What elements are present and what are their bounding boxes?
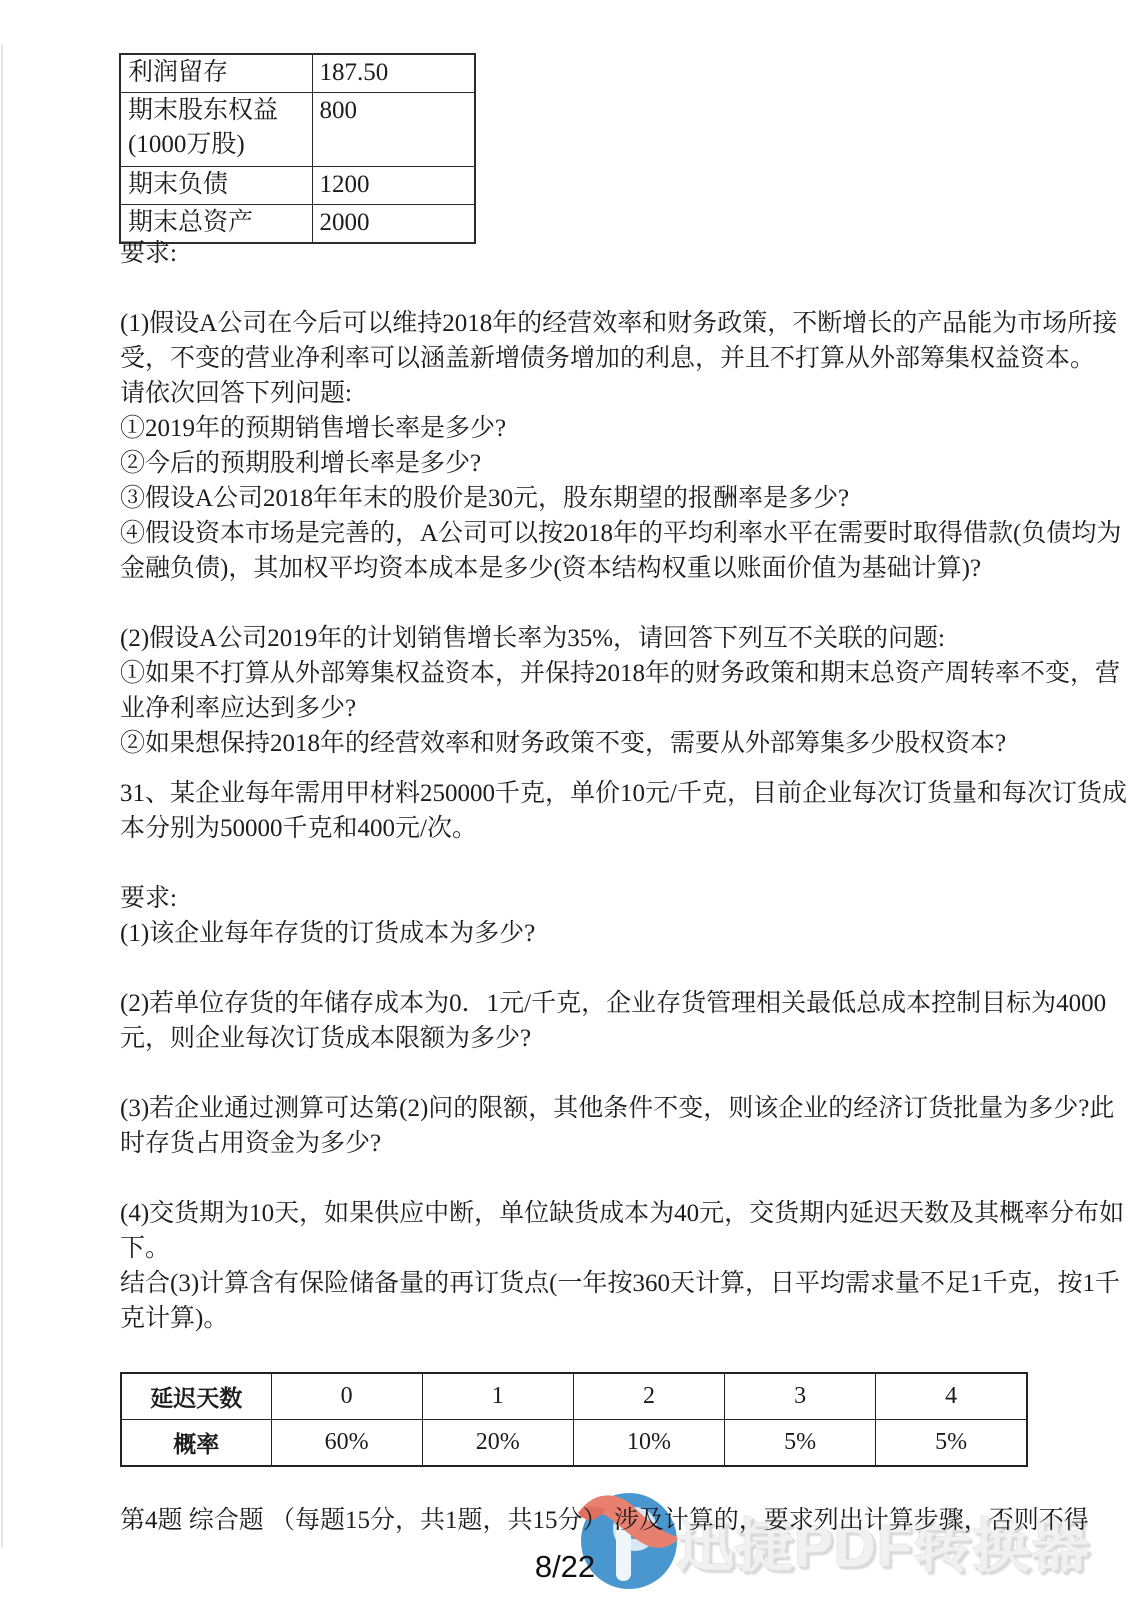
financial-data-table: 利润留存 187.50 期末股东权益(1000万股) 800 期末负债 1200… (119, 53, 476, 244)
text-line: 要求: (120, 236, 1028, 271)
table-cell: 5% (876, 1420, 1027, 1467)
text-line: 时存货占用资金为多少? (120, 1126, 1028, 1161)
text-line: 金融负债)，其加权平均资本成本是多少(资本结构权重以账面价值为基础计算)? (120, 551, 1028, 586)
text-line: 31、某企业每年需用甲材料250000千克，单价10元/千克，目前企业每次订货量… (120, 776, 1028, 811)
table-cell: 60% (271, 1420, 422, 1467)
text-line: 受，不变的营业净利率可以涵盖新增债务增加的利息，并且不打算从外部筹集权益资本。 (120, 341, 1028, 376)
table-cell-header: 延迟天数 (121, 1373, 271, 1420)
text-line: ②如果想保持2018年的经营效率和财务政策不变，需要从外部筹集多少股权资本? (120, 726, 1028, 761)
table-row: 期末负债 1200 (120, 167, 475, 205)
footer-note-line: 第4题 综合题 （每题15分，共1题，共15分） 涉及计算的，要求列出计算步骤，… (120, 1503, 1028, 1538)
text-line: 下。 (120, 1231, 1028, 1266)
document-page: 利润留存 187.50 期末股东权益(1000万股) 800 期末负债 1200… (0, 0, 1130, 1600)
table-cell: 3 (725, 1373, 876, 1420)
text-line: ①如果不打算从外部筹集权益资本，并保持2018年的财务政策和期末总资产周转率不变… (120, 656, 1028, 691)
table-row: 利润留存 187.50 (120, 54, 475, 93)
table-cell-label: 期末负债 (120, 167, 312, 205)
table-cell-label: 利润留存 (120, 54, 312, 93)
table-cell-label: 期末股东权益(1000万股) (120, 93, 312, 167)
text-line: (2)假设A公司2019年的计划销售增长率为35%，请回答下列互不关联的问题: (120, 621, 1028, 656)
table-row: 期末股东权益(1000万股) 800 (120, 93, 475, 167)
text-line: (1)该企业每年存货的订货成本为多少? (120, 916, 1028, 951)
table-row-probability: 概率 60% 20% 10% 5% 5% (121, 1420, 1027, 1467)
text-line: ④假设资本市场是完善的，A公司可以按2018年的平均利率水平在需要时取得借款(负… (120, 516, 1028, 551)
text-line: 业净利率应达到多少? (120, 691, 1028, 726)
table-cell: 5% (725, 1420, 876, 1467)
table-cell: 10% (573, 1420, 724, 1467)
table-cell: 0 (271, 1373, 422, 1420)
table-cell: 4 (876, 1373, 1027, 1420)
text-line: ③假设A公司2018年年末的股价是30元，股东期望的报酬率是多少? (120, 481, 1028, 516)
text-line: 结合(3)计算含有保险储备量的再订货点(一年按360天计算，日平均需求量不足1千… (120, 1266, 1028, 1301)
text-line: 克计算)。 (120, 1301, 1028, 1336)
text-line: (4)交货期为10天，如果供应中断，单位缺货成本为40元，交货期内延迟天数及其概… (120, 1196, 1028, 1231)
text-line: ①2019年的预期销售增长率是多少? (120, 411, 1028, 446)
table-row-delay-days: 延迟天数 0 1 2 3 4 (121, 1373, 1027, 1420)
text-line: ②今后的预期股利增长率是多少? (120, 446, 1028, 481)
table-cell-value: 800 (312, 93, 475, 167)
text-line: 本分别为50000千克和400元/次。 (120, 811, 1028, 846)
text-line: (1)假设A公司在今后可以维持2018年的经营效率和财务政策，不断增长的产品能为… (120, 306, 1028, 341)
delay-probability-table: 延迟天数 0 1 2 3 4 概率 60% 20% 10% 5% 5% (120, 1372, 1028, 1467)
table-cell-value: 187.50 (312, 54, 475, 93)
table-cell-header: 概率 (121, 1420, 271, 1467)
text-line: 元，则企业每次订货成本限额为多少? (120, 1021, 1028, 1056)
page-edge-line (1, 45, 3, 1547)
text-line: 要求: (120, 881, 1028, 916)
table-cell: 20% (422, 1420, 573, 1467)
text-line: (3)若企业通过测算可达第(2)问的限额，其他条件不变，则该企业的经济订货批量为… (120, 1091, 1028, 1126)
question-text-block: 要求: (1)假设A公司在今后可以维持2018年的经营效率和财务政策，不断增长的… (120, 236, 1028, 1538)
page-number: 8/22 (505, 1549, 625, 1585)
text-line: (2)若单位存货的年储存成本为0．1元/千克，企业存货管理相关最低总成本控制目标… (120, 986, 1028, 1021)
table-cell: 2 (573, 1373, 724, 1420)
table-cell: 1 (422, 1373, 573, 1420)
table-cell-value: 1200 (312, 167, 475, 205)
text-line: 请依次回答下列问题: (120, 376, 1028, 411)
